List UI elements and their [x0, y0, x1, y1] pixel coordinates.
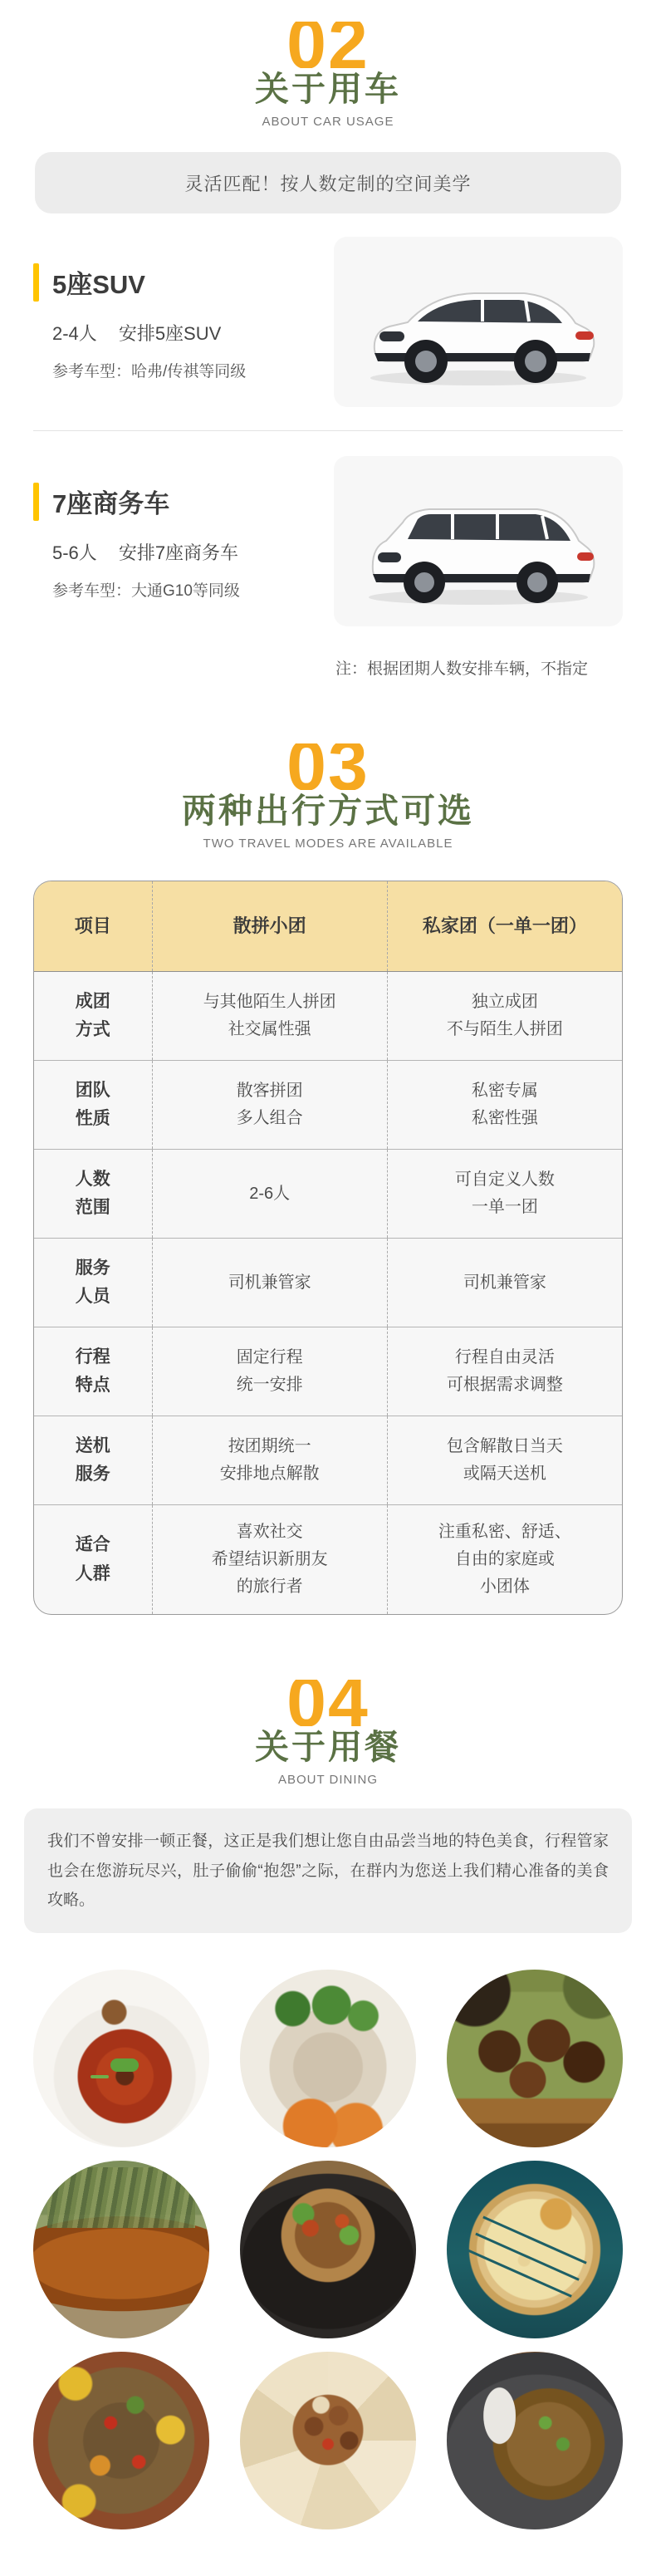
shared-group-cell: 按团期统一安排地点解散 [152, 1416, 387, 1504]
mpv-photo [334, 456, 623, 626]
table-header-item: 项目 [34, 881, 152, 971]
section-number-04: 04 [0, 1680, 656, 1726]
section-dining-header: 04 关于用餐 ABOUT DINING [0, 1680, 656, 1787]
food-photo-grid [33, 1970, 623, 2529]
food-photo-spicy-soup-bowl [33, 1970, 209, 2147]
section-number-02: 02 [0, 22, 656, 68]
private-group-cell: 独立成团不与陌生人拼团 [387, 972, 622, 1060]
shared-group-cell: 司机兼管家 [152, 1239, 387, 1327]
food-photo-meat-flatbread-wraps [240, 2352, 416, 2529]
section-modes-title: 两种出行方式可选 [0, 792, 656, 831]
yellow-accent-bar [33, 483, 39, 521]
food-photo-beef-noodle-bowl [240, 2161, 416, 2338]
table-body: 成团方式与其他陌生人拼团社交属性强独立成团不与陌生人拼团团队性质散客拼团多人组合… [34, 971, 622, 1614]
shared-group-cell: 固定行程统一安排 [152, 1327, 387, 1416]
row-label-cell: 成团方式 [34, 972, 152, 1060]
table-row: 成团方式与其他陌生人拼团社交属性强独立成团不与陌生人拼团 [34, 971, 622, 1060]
section-car-header: 02 关于用车 ABOUT CAR USAGE [0, 22, 656, 129]
private-group-cell: 包含解散日当天或隔天送机 [387, 1416, 622, 1504]
section-dining-subtitle: ABOUT DINING [0, 1773, 656, 1787]
food-photo-stone-pot-rice [447, 2352, 623, 2529]
private-group-cell: 私密专属私密性强 [387, 1061, 622, 1149]
shared-group-cell: 喜欢社交希望结识新朋友的旅行者 [152, 1505, 387, 1614]
table-row: 团队性质散客拼团多人组合私密专属私密性强 [34, 1060, 622, 1149]
table-row: 适合人群喜欢社交希望结识新朋友的旅行者注重私密、舒适、自由的家庭或小团体 [34, 1504, 622, 1614]
private-group-cell: 司机兼管家 [387, 1239, 622, 1327]
food-photo-cheese-pie [447, 2161, 623, 2338]
row-label-cell: 适合人群 [34, 1505, 152, 1614]
table-row: 服务人员司机兼管家司机兼管家 [34, 1238, 622, 1327]
suv-illustration [350, 252, 607, 393]
divider-line [33, 430, 623, 431]
section-number-03: 03 [0, 743, 656, 790]
vehicle-card-mpv: 7座商务车 5-6人安排7座商务车 参考车型：大通G10等同级 [33, 433, 623, 645]
food-photo-corn-mushroom-stew [33, 2352, 209, 2529]
suv-photo [334, 237, 623, 407]
yellow-accent-bar [33, 263, 39, 302]
row-label-cell: 送机服务 [34, 1416, 152, 1504]
section-car-subtitle: ABOUT CAR USAGE [0, 115, 656, 129]
travel-modes-table: 项目 散拼小团 私家团（一单一团） 成团方式与其他陌生人拼团社交属性强独立成团不… [33, 881, 623, 1615]
food-photo-roast-lamb-chops [447, 1970, 623, 2147]
mpv-illustration [350, 471, 607, 612]
vehicle-title: 7座商务车 [52, 483, 169, 520]
section-car-title: 关于用车 [0, 70, 656, 109]
food-photo-boiled-mutton-plate [240, 1970, 416, 2147]
private-group-cell: 行程自由灵活可根据需求调整 [387, 1327, 622, 1416]
vehicle-reference: 参考车型：大通G10等同级 [52, 578, 307, 601]
table-header-shared-group: 散拼小团 [152, 881, 387, 971]
dining-intro-text: 我们不曾安排一顿正餐，这正是我们想让您自由品尝当地的特色美食，行程管家也会在您游… [24, 1808, 632, 1932]
row-label-cell: 服务人员 [34, 1239, 152, 1327]
table-row: 行程特点固定行程统一安排行程自由灵活可根据需求调整 [34, 1327, 622, 1416]
section-dining-title: 关于用餐 [0, 1728, 656, 1767]
row-label-cell: 团队性质 [34, 1061, 152, 1149]
private-group-cell: 可自定义人数一单一团 [387, 1150, 622, 1238]
vehicle-capacity-line: 2-4人安排5座SUV [52, 320, 307, 346]
row-label-cell: 人数范围 [34, 1150, 152, 1238]
table-row: 送机服务按团期统一安排地点解散包含解散日当天或隔天送机 [34, 1416, 622, 1504]
promo-page: 02 关于用车 ABOUT CAR USAGE 灵活匹配！按人数定制的空间美学 … [0, 0, 656, 2576]
vehicle-reference: 参考车型：哈弗/传祺等同级 [52, 359, 307, 381]
car-tagline-pill: 灵活匹配！按人数定制的空间美学 [35, 152, 621, 213]
shared-group-cell: 与其他陌生人拼团社交属性强 [152, 972, 387, 1060]
food-photo-whole-roast-lamb [33, 2161, 209, 2338]
table-header-row: 项目 散拼小团 私家团（一单一团） [34, 881, 622, 971]
vehicle-capacity-line: 5-6人安排7座商务车 [52, 539, 307, 565]
vehicle-note: 注：根据团期人数安排车辆，不指定 [33, 645, 623, 679]
table-header-private-group: 私家团（一单一团） [387, 881, 622, 971]
row-label-cell: 行程特点 [34, 1327, 152, 1416]
vehicle-title: 5座SUV [52, 263, 145, 301]
private-group-cell: 注重私密、舒适、自由的家庭或小团体 [387, 1505, 622, 1614]
section-modes-header: 03 两种出行方式可选 TWO TRAVEL MODES ARE AVAILAB… [0, 743, 656, 851]
shared-group-cell: 散客拼团多人组合 [152, 1061, 387, 1149]
table-row: 人数范围2-6人可自定义人数一单一团 [34, 1149, 622, 1238]
shared-group-cell: 2-6人 [152, 1150, 387, 1238]
section-modes-subtitle: TWO TRAVEL MODES ARE AVAILABLE [0, 837, 656, 851]
vehicle-card-suv: 5座SUV 2-4人安排5座SUV 参考车型：哈弗/传祺等同级 [33, 213, 623, 425]
vehicle-cards: 5座SUV 2-4人安排5座SUV 参考车型：哈弗/传祺等同级 [0, 213, 656, 679]
